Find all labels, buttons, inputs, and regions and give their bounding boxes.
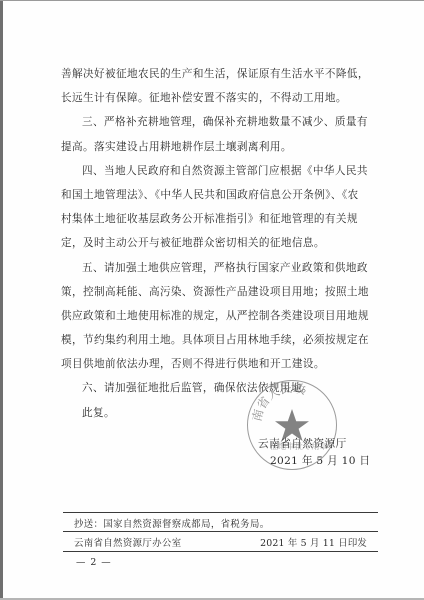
body-line: 善解决好被征地农民的生产和生活，保证原有生活水平不降低， <box>61 62 373 86</box>
footer-rule-middle <box>63 531 378 532</box>
document-page: 善解决好被征地农民的生产和生活，保证原有生活水平不降低， 长远生计有保障。征地补… <box>0 0 424 600</box>
body-line: 长远生计有保障。征地补偿安置不落实的，不得动工用地。 <box>61 86 373 110</box>
signing-date: 2021 年 5 月 10 日 <box>258 453 370 470</box>
paragraph-five-line: 五、请加强土地供应管理，严格执行国家产业政策和供地政 <box>61 256 373 280</box>
issue-date: 2021 年 5 月 11 日印发 <box>260 535 367 549</box>
paragraph-three-line: 三、严格补充耕地管理，确保补充耕地数量不减少、质量有 <box>61 110 373 134</box>
paragraph-five-line: 策，控制高耗能、高污染、资源性产品建设项目用地；按照土地 <box>61 280 373 304</box>
issuing-office: 云南省自然资源厅办公室 <box>74 535 182 549</box>
paragraph-four-line: 和国土地管理法》、《中华人民共和国政府信息公开条例》、《农 <box>61 183 373 207</box>
paragraph-three-line: 提高。落实建设占用耕地耕作层土壤剥离利用。 <box>61 135 373 159</box>
signature-block: 云南省自然资源厅 2021 年 5 月 10 日 <box>258 436 370 470</box>
document-body: 善解决好被征地农民的生产和生活，保证原有生活水平不降低， 长远生计有保障。征地补… <box>61 62 373 425</box>
signing-organization: 云南省自然资源厅 <box>258 436 370 453</box>
footer-rule-top <box>63 512 378 513</box>
footer-rule-bottom <box>63 551 378 552</box>
paragraph-five-line: 模，节约集约利用土地。具体项目占用林地手续，必须按规定在 <box>61 328 373 352</box>
scan-edge-top <box>0 0 424 1</box>
page-number: — 2 — <box>76 557 112 568</box>
seal-arc-text: 南省人民政 <box>249 381 307 423</box>
paragraph-four-line: 村集体土地征收基层政务公开标准指引》和征地管理的有关规 <box>61 207 373 231</box>
scan-edge-left <box>0 0 3 600</box>
paragraph-four-line: 定，及时主动公开与被征地群众密切相关的征地信息。 <box>61 231 373 255</box>
paragraph-four-line: 四、当地人民政府和自然资源主管部门应根据《中华人民共 <box>61 159 373 183</box>
paragraph-five-line: 供应政策和土地使用标准的规定，从严控制各类建设项目用地规 <box>61 304 373 328</box>
cc-line: 抄送：国家自然资源督察成都局，省税务局。 <box>74 516 270 530</box>
paragraph-five-line: 项目供地前依法办理，否则不得进行供地和开工建设。 <box>61 352 373 376</box>
